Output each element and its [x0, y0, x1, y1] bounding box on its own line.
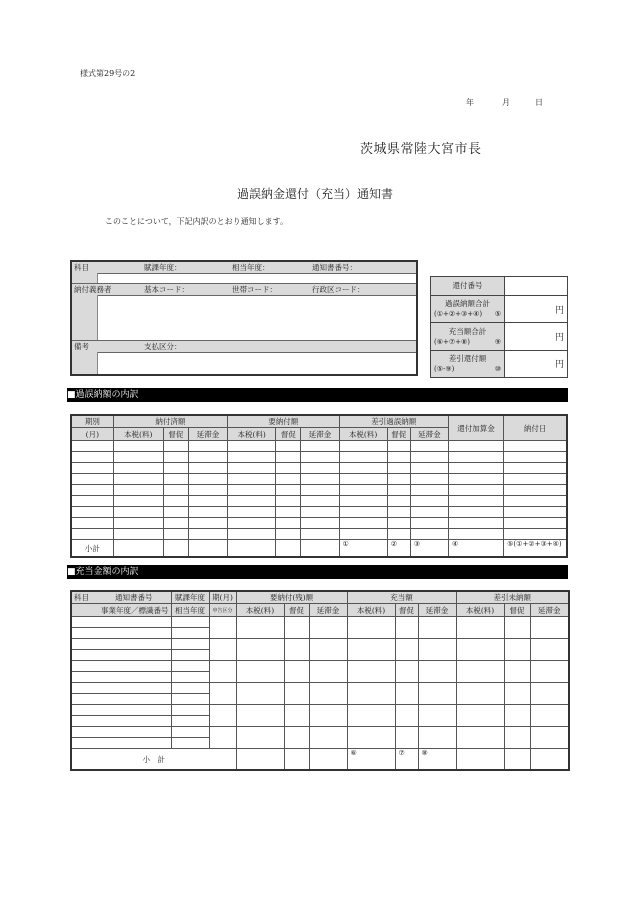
table-cell: [504, 749, 530, 771]
table-cell: [456, 639, 504, 661]
subtotal-mark: ①: [339, 540, 387, 558]
issuer: 茨城県常陸大宮市長: [360, 138, 482, 157]
table-cell: [71, 452, 113, 463]
table-cell: [456, 617, 504, 639]
table-cell: [113, 452, 163, 463]
sub-column-header: 本税(料): [236, 604, 284, 617]
household-code-label: 世帯コード：: [232, 284, 277, 295]
table-cell: [284, 661, 309, 683]
table-cell: [284, 683, 309, 705]
sub-column-header: 延滞金: [418, 604, 456, 617]
table-cell: [504, 683, 530, 705]
table-cell: [228, 441, 276, 452]
table-cell: [301, 540, 339, 558]
table-cell: [71, 661, 171, 672]
declaration-header: 申告区分: [209, 604, 236, 617]
date-month: 月: [502, 97, 510, 108]
table-cell: [448, 441, 503, 452]
table-cell: [228, 540, 276, 558]
table-cell: [410, 485, 448, 496]
table-cell: [410, 507, 448, 518]
period-sub-header: (月): [71, 428, 113, 441]
table-cell: [410, 474, 448, 485]
table-cell: [504, 529, 567, 540]
table-cell: [309, 661, 347, 683]
table-cell: [530, 617, 569, 639]
sub-column-header: 本税(料): [339, 428, 387, 441]
table-cell: [301, 452, 339, 463]
table-cell: [387, 441, 410, 452]
table-cell: [395, 705, 418, 727]
table-cell: [309, 705, 347, 727]
table-cell: [418, 639, 456, 661]
basic-code-label: 基本コード：: [144, 284, 189, 295]
table-cell: [71, 694, 171, 705]
table-cell: [113, 441, 163, 452]
table-cell: [276, 540, 301, 558]
table-cell: [284, 749, 309, 771]
table-cell: [347, 727, 395, 749]
refund-value: 円: [505, 296, 568, 323]
table-cell: [276, 463, 301, 474]
table-cell: [284, 705, 309, 727]
applicable-year-header: 相当年度: [171, 604, 209, 617]
table-cell: [276, 496, 301, 507]
subtotal-mark: ②: [387, 540, 410, 558]
table-cell: [504, 705, 530, 727]
group-header: 要納付額: [228, 415, 339, 428]
table-cell: [171, 672, 209, 683]
table-cell: [347, 705, 395, 727]
date-year: 年: [466, 97, 474, 108]
payment-category-label: 支払区分：: [144, 341, 182, 352]
table-cell: [339, 529, 387, 540]
table-cell: [448, 529, 503, 540]
table-cell: [504, 496, 567, 507]
date-day: 日: [535, 97, 543, 108]
table-cell: [504, 727, 530, 749]
table-cell: [395, 727, 418, 749]
table-cell: [171, 683, 209, 694]
form-number: 様式第29号の2: [80, 68, 135, 79]
table-cell: [236, 683, 284, 705]
table-cell: [448, 474, 503, 485]
table-cell: [236, 617, 284, 639]
table-cell: [171, 639, 209, 650]
table-cell: [163, 463, 188, 474]
table-cell: [339, 463, 387, 474]
table-cell: [448, 496, 503, 507]
table-cell: [71, 496, 113, 507]
table-cell: [209, 705, 236, 727]
group-header: 納付済額: [113, 415, 227, 428]
table-cell: [113, 507, 163, 518]
table-cell: [284, 727, 309, 749]
sub-column-header: 督促: [387, 428, 410, 441]
table-row: [71, 507, 567, 518]
table-cell: [71, 441, 113, 452]
table-cell: [228, 507, 276, 518]
table-cell: [504, 617, 530, 639]
table-cell: [309, 639, 347, 661]
table-row: [71, 452, 567, 463]
table-cell: [284, 639, 309, 661]
table-cell: [395, 639, 418, 661]
table-cell: [163, 485, 188, 496]
table-cell: [188, 485, 227, 496]
table-cell: [236, 749, 284, 771]
refund-label: 還付番号: [431, 277, 505, 296]
table-cell: [410, 452, 448, 463]
table-cell: [171, 727, 209, 738]
table-row: [71, 485, 567, 496]
table-cell: [276, 474, 301, 485]
table-cell: [71, 628, 171, 639]
remarks-label: 備考: [74, 341, 89, 352]
subject-band: 科目 賦課年度： 相当年度： 通知書番号：: [72, 262, 416, 274]
table-cell: [530, 639, 569, 661]
period-header: 期別: [71, 415, 113, 428]
table-cell: [387, 496, 410, 507]
table-cell: [71, 485, 113, 496]
table-cell: [228, 496, 276, 507]
table-cell: [209, 683, 236, 705]
table-cell: [71, 705, 171, 716]
table-cell: [188, 507, 227, 518]
table-cell: [188, 474, 227, 485]
table-cell: [113, 463, 163, 474]
table-cell: [418, 683, 456, 705]
header-row: 事業年度／標識番号相当年度申告区分本税(料)督促延滞金本税(料)督促延滞金本税(…: [71, 604, 569, 617]
sub-column-header: 延滞金: [530, 604, 569, 617]
table-cell: [339, 485, 387, 496]
refund-row: 過誤納額合計(①+②+③+④)⑤円: [431, 296, 568, 323]
table-cell: [347, 639, 395, 661]
sub-column-header: 督促: [284, 604, 309, 617]
table-cell: [113, 529, 163, 540]
table-cell: [530, 705, 569, 727]
refund-label: 差引還付額(⑤-⑨)⑩: [431, 350, 505, 377]
sub-column-header: 本税(料): [228, 428, 276, 441]
table-cell: [339, 441, 387, 452]
table-cell: [71, 463, 113, 474]
table-cell: [448, 485, 503, 496]
table-cell: [339, 518, 387, 529]
sub-column-header: 延滞金: [301, 428, 339, 441]
period-header: 期(月): [209, 591, 236, 604]
refund-summary-table: 還付番号過誤納額合計(①+②+③+④)⑤円充当額合計(⑥+⑦+⑧)⑨円差引還付額…: [430, 276, 568, 378]
table-cell: [410, 529, 448, 540]
table-cell: [71, 507, 113, 518]
table-cell: [448, 507, 503, 518]
table-cell: [504, 661, 530, 683]
sub-column-header: 延滞金: [188, 428, 227, 441]
table-cell: [387, 518, 410, 529]
sub-column-header: 本税(料): [113, 428, 163, 441]
table-cell: [163, 540, 188, 558]
table-cell: [163, 529, 188, 540]
table-cell: [387, 474, 410, 485]
table-cell: [71, 683, 171, 694]
subtotal-row: 小 計⑥⑦⑧: [71, 749, 569, 771]
table-cell: [410, 463, 448, 474]
section1-heading: ■過誤納額の内訳: [67, 388, 568, 402]
sub-column-header: 督促: [276, 428, 301, 441]
header-row: 科目通知書番号賦課年度期(月)要納付(残)額充当額差引未納額: [71, 591, 569, 604]
table-cell: [301, 496, 339, 507]
table-cell: [113, 485, 163, 496]
refund-label: 過誤納額合計(①+②+③+④)⑤: [431, 296, 505, 323]
table-cell: [301, 485, 339, 496]
subtotal-mark: ⑥: [347, 749, 395, 771]
tax-year-header: 賦課年度: [171, 591, 209, 604]
table-cell: [171, 738, 209, 749]
table-cell: [387, 485, 410, 496]
refund-addition-header: 還付加算金: [448, 415, 503, 441]
table-cell: [228, 474, 276, 485]
table-cell: [387, 507, 410, 518]
table-cell: [163, 507, 188, 518]
table-cell: [171, 705, 209, 716]
table-cell: [113, 518, 163, 529]
subtotal-mark: ④: [448, 540, 503, 558]
table-cell: [301, 441, 339, 452]
table-cell: [171, 628, 209, 639]
table-cell: [171, 650, 209, 661]
table-cell: [71, 617, 171, 628]
table-row: [71, 705, 569, 716]
table-cell: [71, 727, 171, 738]
table-cell: [228, 485, 276, 496]
group-header: 差引過誤納額: [339, 415, 448, 428]
table-cell: [171, 694, 209, 705]
business-year-header: 事業年度／標識番号: [71, 604, 171, 617]
table-cell: [163, 441, 188, 452]
table-cell: [71, 639, 171, 650]
sub-column-header: 延滞金: [309, 604, 347, 617]
header-row: 期別納付済額要納付額差引過誤納額還付加算金納付日: [71, 415, 567, 428]
table-cell: [301, 463, 339, 474]
group-header: 充当額: [347, 591, 456, 604]
table-cell: [284, 617, 309, 639]
table-cell: [276, 529, 301, 540]
table-cell: [339, 496, 387, 507]
table-cell: [228, 518, 276, 529]
table-cell: [456, 749, 504, 771]
table-cell: [188, 529, 227, 540]
table-row: [71, 474, 567, 485]
table-cell: [395, 617, 418, 639]
table-cell: [171, 617, 209, 628]
table-cell: [163, 474, 188, 485]
table-cell: [410, 518, 448, 529]
applicable-year-label: 相当年度：: [232, 262, 270, 273]
table-cell: [347, 683, 395, 705]
table-cell: [395, 661, 418, 683]
subtotal-row: 小計①②③④⑤(①+②+③+④): [71, 540, 567, 558]
table-cell: [228, 452, 276, 463]
table-row: [71, 683, 569, 694]
table-cell: [209, 661, 236, 683]
table-cell: [188, 452, 227, 463]
table-cell: [276, 507, 301, 518]
table-cell: [301, 518, 339, 529]
refund-value: 円: [505, 350, 568, 377]
tax-year-label: 賦課年度：: [144, 262, 182, 273]
subtotal-label: 小 計: [71, 749, 236, 771]
table-cell: [410, 496, 448, 507]
table-cell: [113, 474, 163, 485]
table-cell: [387, 452, 410, 463]
table-cell: [228, 529, 276, 540]
group-header: 要納付(残)額: [236, 591, 347, 604]
table-cell: [301, 529, 339, 540]
group-header: 差引未納額: [456, 591, 569, 604]
table-cell: [456, 661, 504, 683]
table-cell: [236, 639, 284, 661]
table-cell: [113, 540, 163, 558]
table-cell: [418, 661, 456, 683]
section2-heading: ■充当金額の内訳: [67, 565, 568, 579]
table-cell: [309, 727, 347, 749]
table-cell: [448, 518, 503, 529]
table-cell: [387, 463, 410, 474]
table-cell: [209, 727, 236, 749]
table-cell: [71, 716, 171, 727]
table-cell: [504, 474, 567, 485]
table-cell: [236, 705, 284, 727]
table-cell: [530, 661, 569, 683]
table-cell: [163, 518, 188, 529]
table-cell: [209, 639, 236, 661]
table-cell: [113, 496, 163, 507]
table-row: [71, 617, 569, 628]
notice-number-label: 通知書番号：: [312, 262, 357, 273]
table-cell: [418, 617, 456, 639]
sub-column-header: 督促: [163, 428, 188, 441]
allocation-table: 科目通知書番号賦課年度期(月)要納付(残)額充当額差引未納額事業年度／標識番号相…: [70, 590, 570, 771]
table-cell: [209, 617, 236, 639]
subtotal-mark: ⑦: [395, 749, 418, 771]
table-cell: [456, 727, 504, 749]
table-cell: [188, 540, 227, 558]
refund-row: 還付番号: [431, 277, 568, 296]
sub-column-header: 延滞金: [410, 428, 448, 441]
taxpayer-label: 納付義務者: [74, 284, 112, 295]
refund-row: 差引還付額(⑤-⑨)⑩円: [431, 350, 568, 377]
subtotal-mark: ⑤(①+②+③+④): [504, 540, 567, 558]
table-cell: [188, 441, 227, 452]
table-cell: [236, 727, 284, 749]
table-row: [71, 639, 569, 650]
table-cell: [188, 496, 227, 507]
table-cell: [530, 727, 569, 749]
table-cell: [71, 672, 171, 683]
table-cell: [456, 705, 504, 727]
overpayment-table: 期別納付済額要納付額差引過誤納額還付加算金納付日(月)本税(料)督促延滞金本税(…: [70, 414, 568, 558]
subject-label: 科目: [74, 262, 89, 273]
table-cell: [276, 485, 301, 496]
table-row: [71, 463, 567, 474]
table-cell: [347, 661, 395, 683]
table-cell: [504, 639, 530, 661]
payment-date-header: 納付日: [504, 415, 567, 441]
table-cell: [395, 683, 418, 705]
table-cell: [410, 441, 448, 452]
refund-row: 充当額合計(⑥+⑦+⑧)⑨円: [431, 323, 568, 350]
table-cell: [339, 474, 387, 485]
table-cell: [276, 452, 301, 463]
subject-notice-header: 科目通知書番号: [71, 591, 171, 604]
table-cell: [448, 463, 503, 474]
table-cell: [188, 463, 227, 474]
table-cell: [71, 518, 113, 529]
table-row: [71, 529, 567, 540]
table-cell: [188, 518, 227, 529]
table-cell: [276, 441, 301, 452]
table-cell: [504, 507, 567, 518]
table-cell: [309, 617, 347, 639]
refund-value: [505, 277, 568, 296]
table-cell: [504, 485, 567, 496]
document-title: 過誤納金還付（充当）通知書: [0, 185, 630, 202]
table-cell: [163, 452, 188, 463]
table-cell: [448, 452, 503, 463]
table-row: [71, 518, 567, 529]
table-cell: [504, 441, 567, 452]
table-cell: [301, 474, 339, 485]
table-cell: [236, 661, 284, 683]
table-cell: [347, 617, 395, 639]
refund-label: 充当額合計(⑥+⑦+⑧)⑨: [431, 323, 505, 350]
table-cell: [530, 749, 569, 771]
table-row: [71, 496, 567, 507]
remarks-band: 備考 支払区分：: [72, 340, 416, 353]
sub-column-header: 督促: [504, 604, 530, 617]
sub-column-header: 本税(料): [347, 604, 395, 617]
table-cell: [163, 496, 188, 507]
table-cell: [504, 463, 567, 474]
table-cell: [418, 705, 456, 727]
table-cell: [339, 507, 387, 518]
table-cell: [71, 650, 171, 661]
table-cell: [71, 474, 113, 485]
taxpayer-info-box: 科目 賦課年度： 相当年度： 通知書番号： 納付義務者 基本コード： 世帯コード…: [70, 260, 418, 376]
table-cell: [530, 683, 569, 705]
table-row: [71, 661, 569, 672]
table-row: [71, 727, 569, 738]
table-cell: [418, 727, 456, 749]
table-cell: [71, 529, 113, 540]
table-cell: [504, 518, 567, 529]
table-cell: [71, 738, 171, 749]
table-cell: [339, 452, 387, 463]
table-cell: [171, 716, 209, 727]
subtotal-mark: ⑧: [418, 749, 456, 771]
subtotal-mark: ③: [410, 540, 448, 558]
table-cell: [387, 529, 410, 540]
table-cell: [309, 749, 347, 771]
sub-column-header: 督促: [395, 604, 418, 617]
intro-text: このことについて，下記内訳のとおり通知します。: [105, 216, 288, 227]
table-cell: [276, 518, 301, 529]
table-cell: [456, 683, 504, 705]
taxpayer-band: 納付義務者 基本コード： 世帯コード： 行政区コード：: [72, 283, 416, 296]
refund-value: 円: [505, 323, 568, 350]
table-row: [71, 441, 567, 452]
table-cell: [309, 683, 347, 705]
table-cell: [301, 507, 339, 518]
